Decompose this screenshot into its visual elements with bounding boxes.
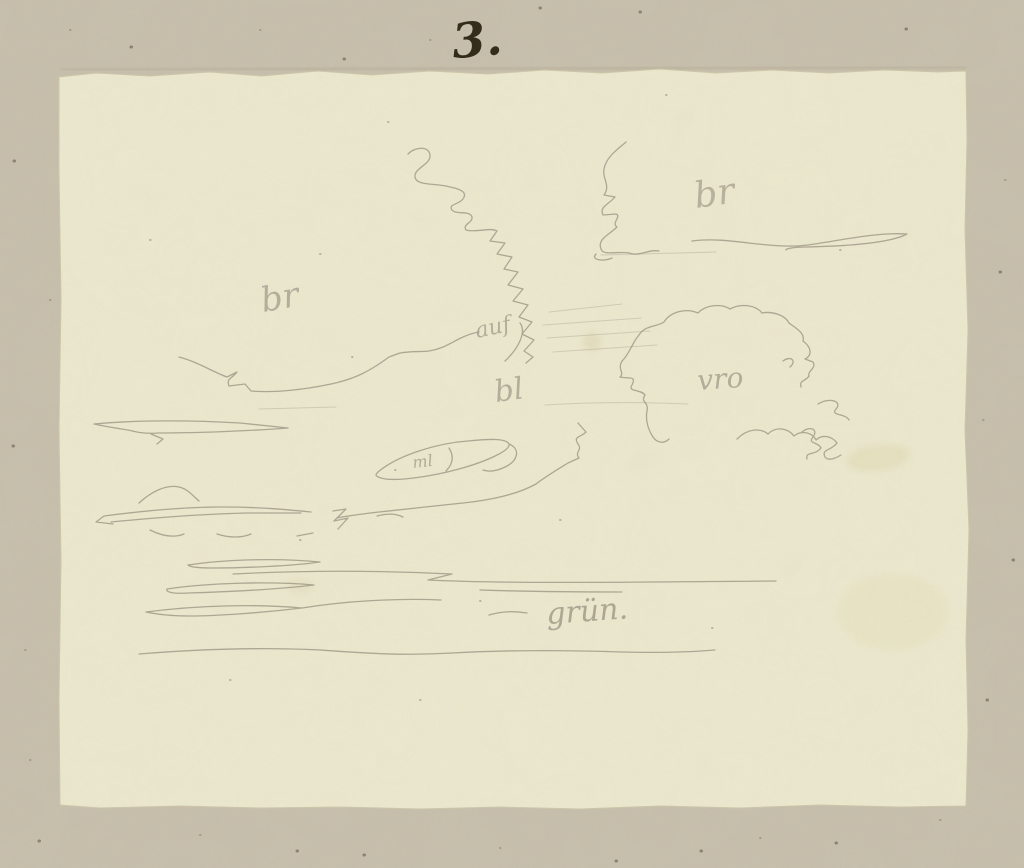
grain-texture-overlay — [0, 0, 1024, 868]
scanned-sketch-page: br br auf bl vro ml grün. 3. — [0, 0, 1024, 868]
sketch-artwork: br br auf bl vro ml grün. 3. — [0, 0, 1024, 868]
